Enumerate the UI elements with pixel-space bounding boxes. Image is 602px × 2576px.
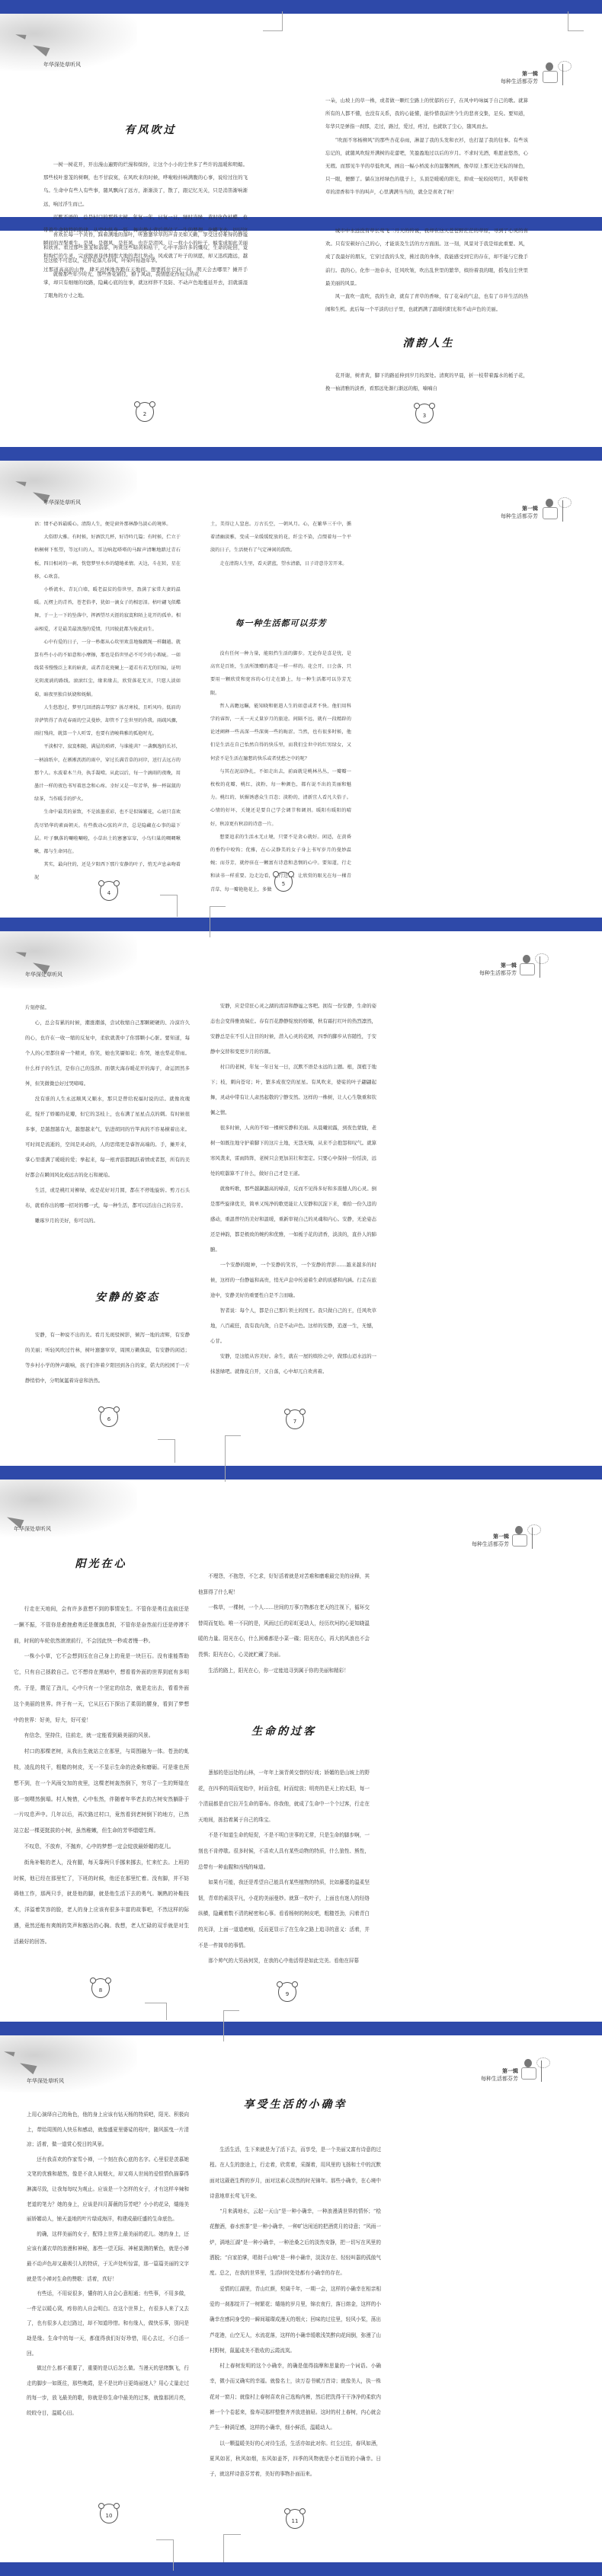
article-body-page-5: 没有任何一种力量，能阻挡生活的脚步。无论你是喜是忧，是高官是百姓，生活所馈赠的都… — [210, 647, 351, 896]
paragraph: 那个帅气的大男孩何炅，在我的心中他活得是如此完美。看他在屏幕 — [198, 1953, 370, 1969]
paragraph: 土，美得让人窒息。万古长空，一朝风月。心，在繁华三千中，循着清幽淡雅，变成一朵缓… — [210, 518, 351, 557]
paragraph: 一朵，山坡上的草一株，或者做一颗红尘路上的忧郁的石子，在风中吟咏属于自己的歌。就… — [325, 94, 528, 134]
page-number-badge: 4 — [100, 881, 118, 901]
page-band-top-1 — [0, 0, 602, 14]
corner-decoration — [156, 2539, 174, 2571]
page-number-badge: 9 — [278, 1982, 296, 2002]
article-title: 有风吹过 — [0, 122, 301, 137]
page-number-badge: 10 — [100, 2504, 118, 2523]
spread-3: 年华深处草听风 片刻停留。 心，总会有累的时候，潮涨潮落，尝试收缩自己那颗硬硬的… — [0, 931, 602, 1472]
paragraph: 村口的老树，年复一年日复一日，沉默不语是永远的主题。根，深植于地下；枝，刺向苍穹… — [210, 1059, 376, 1120]
page-band-6 — [0, 2022, 602, 2035]
chapter-label: 第一辑 — [472, 1533, 509, 1540]
spread-1: 年华深处草听风 有风吹过 一树一树花开，开出漫山遍野的烂漫和缤纷，让这个小小的尘… — [0, 14, 602, 217]
paragraph: 不埋怨，不抱怨，不乞求，好好活着就是对苦难和磨难最完美的诠释，其他算得了什么呢！ — [198, 1569, 370, 1600]
paragraph: 心中有爱的日子，一分一秒都从心坎里欢喜地像跳绳一样翻越。就算有些小小的不如意和小… — [34, 636, 181, 701]
reading-girl-illustration — [509, 1521, 541, 1552]
paragraph: 村口的那棵老树，从我出生就站立在那里，与周围融为一体。苍劲的虬枝，凌乱的枝干，粗… — [14, 1744, 189, 1839]
paragraph: 葱郁的是远处的山林，一年年上演青黄交替的好戏；娇媚的是山坡上的野花，在四季的周而… — [198, 1765, 370, 1827]
paragraph: 一树一树花开，开出漫山遍野的烂漫和缤纷，让这个小小的尘世多了些许的温暖和明媚。那… — [43, 158, 248, 211]
spread-2: 年华深处草听风 语：情不必诉最暖心。清韵人生，便是窗外那林静鸟淡心的境界。 大俗… — [0, 461, 602, 911]
article-body: 片刻停留。 心，总会有累的时候，潮涨潮落，尝试收缩自己那颗硬硬的、冷漠许久的心，… — [25, 1000, 190, 1228]
paragraph: 大俗即大雅。有时候，好酒饮几杯，好诗吟几篇；有时候，伫立于梧桐树下怅望，等远归的… — [34, 531, 181, 583]
paragraph: 就像那些年少时光，那些香花铺径，撩了风动，我情愿化作枝头的花 — [43, 268, 248, 281]
page-7: 第一辑 每种生活都芬芳 安静，应是常驻心灵之湖的清凉和静谧之客吧。拥有一份安静，… — [301, 931, 602, 1472]
paragraph: 有些话，不用说很多，懂你的人自会心意相通；有些事，不用多做，一件足以暖心窝，疼你… — [27, 2287, 189, 2361]
page-3: 第一辑 每种生活都芬芳 一朵，山坡上的草一株，或者做一颗红尘路上的忧郁的石子，在… — [301, 14, 602, 217]
page-band-5 — [0, 1466, 602, 1480]
article-body: 不埋怨，不抱怨，不乞求，好好活着就是对苦难和磨难最完美的诠释，其他算得了什么呢！… — [198, 1569, 370, 1678]
paragraph: 的确，这样美丽的女子，配得上世界上最美丽的花儿。她的身上，还应该有薰衣草的浪漫和… — [27, 2227, 189, 2287]
paragraph: 不叹息，不放弃，不抛弃，心中的梦想一定会绽放最娇媚的花儿。 — [14, 1839, 189, 1855]
paragraph: 花开谢，树青黄，脚下的路延伸到岁月的深处。清爽的早晨，折一枝带着露水的栀子花，挽… — [325, 369, 528, 395]
chapter-header: 第一辑 每种生活都芬芳 — [501, 505, 538, 520]
paragraph: 一个安静的眼神，一个安静的笑容，一个安静的背影……越来越多的时候，这样的一份静谧… — [210, 1257, 376, 1303]
article-body: 葱郁的是远处的山林，一年年上演青黄交替的好戏；娇媚的是山坡上的野花，在四季的周而… — [198, 1765, 370, 1969]
paragraph: 爱情的江湖里，青山红颜，契阔千年，一期一会，这样的小确幸在相亲相爱的一刹那绽开了… — [210, 2281, 381, 2358]
article-title: 享受生活的小确幸 — [210, 2096, 381, 2112]
reading-girl-illustration — [517, 950, 549, 981]
page-number-badge: 11 — [286, 2509, 304, 2529]
chapter-title: 每种生活都芬芳 — [501, 512, 538, 520]
page-band-3 — [0, 447, 602, 461]
page-number-badge: 7 — [286, 1409, 304, 1429]
chapter-header: 第一辑 每种生活都芬芳 — [479, 962, 517, 977]
article-body: 语：情不必诉最暖心。清韵人生，便是窗外那林静鸟淡心的境界。 大俗即大雅。有时候，… — [34, 518, 181, 885]
running-title: 年华深处草听风 — [14, 1525, 51, 1533]
paragraph: 风一直吹一直吹，我的生命，就有了青草的香味，有了花朵的气息，也有了市井生活的热闹… — [325, 290, 528, 316]
page-11: 第一辑 每种生活都芬芳 享受生活的小确幸 生活生活，生下来就是为了活下去，而享受… — [301, 2035, 602, 2561]
article-body-continued: 城市中永远没有草长莺飞二月天的传说，我却在这天苍苍野茫茫的草原，寻到了心灵的喜欢… — [325, 225, 528, 316]
chapter-label: 第一辑 — [501, 505, 538, 512]
paragraph: 如果有可能，我还是希望自己能具有某些植物的特质，比如藤蔓的温柔坚韧，青草的素淡平… — [198, 1875, 370, 1953]
corner-decoration — [145, 2003, 167, 2020]
spread-5: 年华深处草听风 上用心演绎自己的角色，他的身上应该有钻天杨的特质吧，阳光、积极向… — [0, 2035, 602, 2561]
article-body: 上用心演绎自己的角色，他的身上应该有钻天杨的特质吧，阳光、积极向上，带给周围的人… — [27, 2108, 189, 2421]
paragraph: 就像听歌，那些越飙越高的嗓音，反而不见得多好和多震撼人的心灵。倒是那些旋律优美，… — [210, 1181, 376, 1257]
page-number-badge: 6 — [100, 1407, 118, 1427]
paragraph: 一株草，一棵树，一个人……世间的万事万物都在老天的注视下，循环交替周而复始。唯一… — [198, 1600, 370, 1662]
paragraph: 走在清韵人生里，看天湛蓝，望水清澈，日子诗意芬芳开来。 — [210, 557, 351, 570]
paragraph: 有信念，坚持住，往前走，就一定能看到最美丽的风景。 — [14, 1728, 189, 1744]
paragraph: 小桥流水，青瓦白墙，暖老温贫的俗世里，盈满了家常夫妻的温暖。瓦楞上的青苔，苍老俗… — [34, 583, 181, 636]
page-band-4 — [0, 918, 602, 931]
running-title: 年华深处草听风 — [27, 2077, 64, 2085]
reading-girl-illustration — [540, 494, 572, 525]
page-number-badge: 8 — [91, 1978, 110, 1998]
article-title: 每一种生活都可以芬芳 — [210, 617, 351, 629]
paragraph: 哲人高瞻远瞩，能知晓和驱遣人生的如意或者不快。他们用科学的睿智，一天一天丈量岁月… — [210, 700, 351, 765]
chapter-title: 每种生活都芬芳 — [472, 1540, 509, 1548]
paragraph: 平淡相守，寂寞相随，满屋的琐碎，与谁能共？一袭飘逸的长衫，一柄油纸伞，在淅淅沥沥… — [34, 740, 181, 806]
paragraph: 一株小小草，它不会想到压在自己身上的竟是一块巨石。没有谁能帮助它，只有自己拯救自… — [14, 1649, 189, 1728]
paragraph: 很多时候，人真的不如一棵树安静和美丽。从晨曦初露，到夜色蒙胧，老树一如既往地守护… — [210, 1120, 376, 1181]
paragraph: 上用心演绎自己的角色，他的身上应该有钻天杨的特质吧，阳光、积极向上，带给周围的人… — [27, 2108, 189, 2153]
paragraph: 生活，或是桃红对柳绿，或是花好对月圆，都在不停地旋转。剪刀石头布，就看你出的哪一… — [25, 1183, 190, 1213]
page-band-bottom — [0, 2562, 602, 2576]
paragraph: 行走在天地间，会有许多意想不到的事情发生。不管你是勇往直前还是一蹶不振，不管你是… — [14, 1601, 189, 1649]
page-9: 第一辑 每种生活都芬芳 不埋怨，不抱怨，不乞求，好好活着就是对苦难和磨难最完美的… — [301, 1480, 602, 1984]
chapter-title: 每种生活都芬芳 — [479, 969, 517, 977]
chapter-title: 每种生活都芬芳 — [501, 78, 538, 85]
paragraph: 心，总会有累的时候，潮涨潮落，尝试收缩自己那颗硬硬的、冷漠许久的心，也许在一收一… — [25, 1015, 190, 1091]
article-body: 生活生活，生下来就是为了活下去，而享受，是一个美丽又富有诗意的过程。在人生的旅途… — [210, 2142, 381, 2482]
paragraph: 与其在泥淖挣扎，不如走出去，前面就是桃林丛丛，一瓣瓣一枚枚的花瓣，桃红，淡粉，每… — [210, 765, 351, 831]
chapter-header: 第一辑 每种生活都芬芳 — [472, 1533, 509, 1548]
paragraph: “月来满地水，云起一天山”是一种小确幸，一种浪漫满世界的情怀；“桧花酿酒，春水煎… — [210, 2204, 381, 2281]
corner-decoration — [263, 11, 283, 31]
paragraph: 片刻停留。 — [25, 1000, 190, 1015]
corner-decoration — [568, 11, 584, 31]
article-body: 花开谢，树青黄，脚下的路延伸到岁月的深处。清爽的早晨，折一枝带着露水的栀子花，挽… — [325, 369, 528, 395]
article-body: 安静，应是常驻心灵之湖的清凉和静谧之客吧。拥有一份安静，生命的姿态也会变得雅致端… — [210, 998, 376, 1379]
page-2: 年华深处草听风 有风吹过 一树一树花开，开出漫山遍野的烂漫和缤纷，让这个小小的尘… — [0, 14, 301, 217]
article-body: 行走在天地间，会有许多意想不到的事情发生。不管你是勇往直前还是一蹶不振，不管你是… — [14, 1601, 189, 1950]
paragraph: 安静，应是常驻心灵之湖的清凉和静谧之客吧。拥有一份安静，生命的姿态也会变得雅致端… — [210, 998, 376, 1059]
paragraph: “吹面不寒杨柳风”的那些杏花春雨，淋湿了我的头发和衣衫，也打湿了我的往事。有些该… — [325, 134, 528, 200]
chapter-label: 第一辑 — [501, 70, 538, 78]
article-body-continued: 喜欢在每一个黄昏，踩着满地的落叶，听窸窸窣窣的声音美如天籁，享受这份难得的静谧和… — [43, 228, 248, 281]
paragraph: 人生悠悠过，梦里几回清韵击琴弦？拣尽寒枝，且听风吟。低眉的菩萨管得了杏花春雨的空… — [34, 701, 181, 741]
paragraph: 没有任何一种力量，能阻挡生活的脚步。无论你是喜是忧，是高官是百姓，生活所馈赠的都… — [210, 647, 351, 700]
spread-4: 年华深处草听风 阳光在心 行走在天地间，会有许多意想不到的事情发生。不管你是勇往… — [0, 1480, 602, 1984]
paragraph: 不是不知道生命的短促，不是不明白世事的无常，只是生命的脚步啊，一刻也不肯停歇。很… — [198, 1827, 370, 1875]
paragraph: 街角补鞋的老人，没有腿，每天靠两只手挪来挪去，忙来忙去。上班的时候，他已经在那里… — [14, 1855, 189, 1950]
paragraph: 村上春树发明的这个小确幸，的确是值得揣摩和思量的一个词语。小确幸，微小而又确实的… — [210, 2358, 381, 2435]
running-title: 年华深处草听风 — [25, 971, 62, 978]
chapter-header: 第一辑 每种生活都芬芳 — [501, 70, 538, 85]
running-title: 年华深处草听风 — [43, 61, 81, 69]
paragraph: 语：情不必诉最暖心。清韵人生，便是窗外那林静鸟淡心的境界。 — [34, 518, 181, 531]
chapter-label: 第一辑 — [479, 962, 517, 969]
chapter-header: 第一辑 每种生活都芬芳 — [481, 2067, 518, 2083]
corner-decoration — [158, 1439, 175, 1463]
article-body: 安静，有一种说不出的美。看月光斑驳树影，倾泻一地的清辉，有安静的美丽；听轻风吹过… — [25, 1327, 190, 1388]
article-title: 生命的过客 — [198, 1723, 370, 1738]
paragraph: 没有谁的人生永远顺风又顺水，那只是曾给祝福时说的话。就像玫瑰花，绽开了娇媚的花瓣… — [25, 1091, 190, 1183]
paragraph: 生命中最美的景致，不是浓墨重彩，也不是似锦繁花，心底只喜欢洗尽铅华的素面朝天。有… — [34, 806, 181, 858]
chapter-label: 第一辑 — [481, 2067, 518, 2075]
paragraph: 喜欢在每一个黄昏，踩着满地的落叶，听窸窸窣窣的声音美如天籁，享受这份难得的静谧和… — [43, 228, 248, 268]
paragraph: 雕琢岁月的美好，你可以的。 — [25, 1213, 190, 1228]
paragraph: 安静，有一种说不出的美。看月光斑驳树影，倾泻一地的清辉，有安静的美丽；听轻风吹过… — [25, 1327, 190, 1388]
page-number-badge: 5 — [274, 872, 293, 892]
corner-decoration — [160, 895, 178, 917]
paragraph: 生活生活，生下来就是为了活下去，而享受，是一个美丽又富有诗意的过程。在人生的旅途… — [210, 2142, 381, 2204]
article-body-page-5: 土，美得让人窒息。万古长空，一朝风月。心，在繁华三千中，循着清幽淡雅，变成一朵缓… — [210, 518, 351, 570]
paragraph: 生活的路上，阳光在心，你一定能追寻到属于你的美丽和精彩！ — [198, 1663, 370, 1679]
paragraph: 安静，是这般从容美好。余生，就在一屋的缤纷之中，做那山迢水远的一抹葱绿吧。就像花… — [210, 1349, 376, 1379]
page-number-badge: 3 — [415, 404, 434, 423]
article-body: 一朵，山坡上的草一株，或者做一颗红尘路上的忧郁的石子，在风中吟咏属于自己的歌。就… — [325, 94, 528, 200]
page-number-badge: 2 — [136, 402, 154, 422]
reading-girl-illustration — [518, 2054, 550, 2085]
paragraph: 以一颗温暖美好的心对待生活，生活亦如此对你。红尘过往，春风如酒，夏风如茗，秋风如… — [210, 2436, 381, 2482]
reading-girl-illustration — [540, 58, 572, 88]
cloud-decoration — [0, 931, 137, 988]
paragraph: 城市中永远没有草长莺飞二月天的传说，我却在这天苍苍野茫茫的草原，寻到了心灵的喜欢… — [325, 225, 528, 290]
paragraph: 还有我喜欢的作家雪小禅，一个刻在我心底的名字。心里很是羡慕她文笔的优雅和超然，像… — [27, 2153, 189, 2227]
article-title: 清韵人生 — [278, 335, 579, 350]
cloud-decoration — [0, 461, 137, 518]
paragraph: 做过什么都不重要了，重要的是以后怎么做。当漫天的思绪飘飞，行走的脚步一如既往，那… — [27, 2361, 189, 2421]
corner-decoration — [223, 2534, 241, 2562]
corner-decoration — [225, 1435, 241, 1482]
paragraph: 智者说：每个人，都是自己那片领土的国王。我只做自己的王，任风吹草地，八百疏狂，我… — [210, 1303, 376, 1349]
chapter-title: 每种生活都芬芳 — [481, 2075, 518, 2083]
running-title: 年华深处草听风 — [43, 499, 81, 506]
